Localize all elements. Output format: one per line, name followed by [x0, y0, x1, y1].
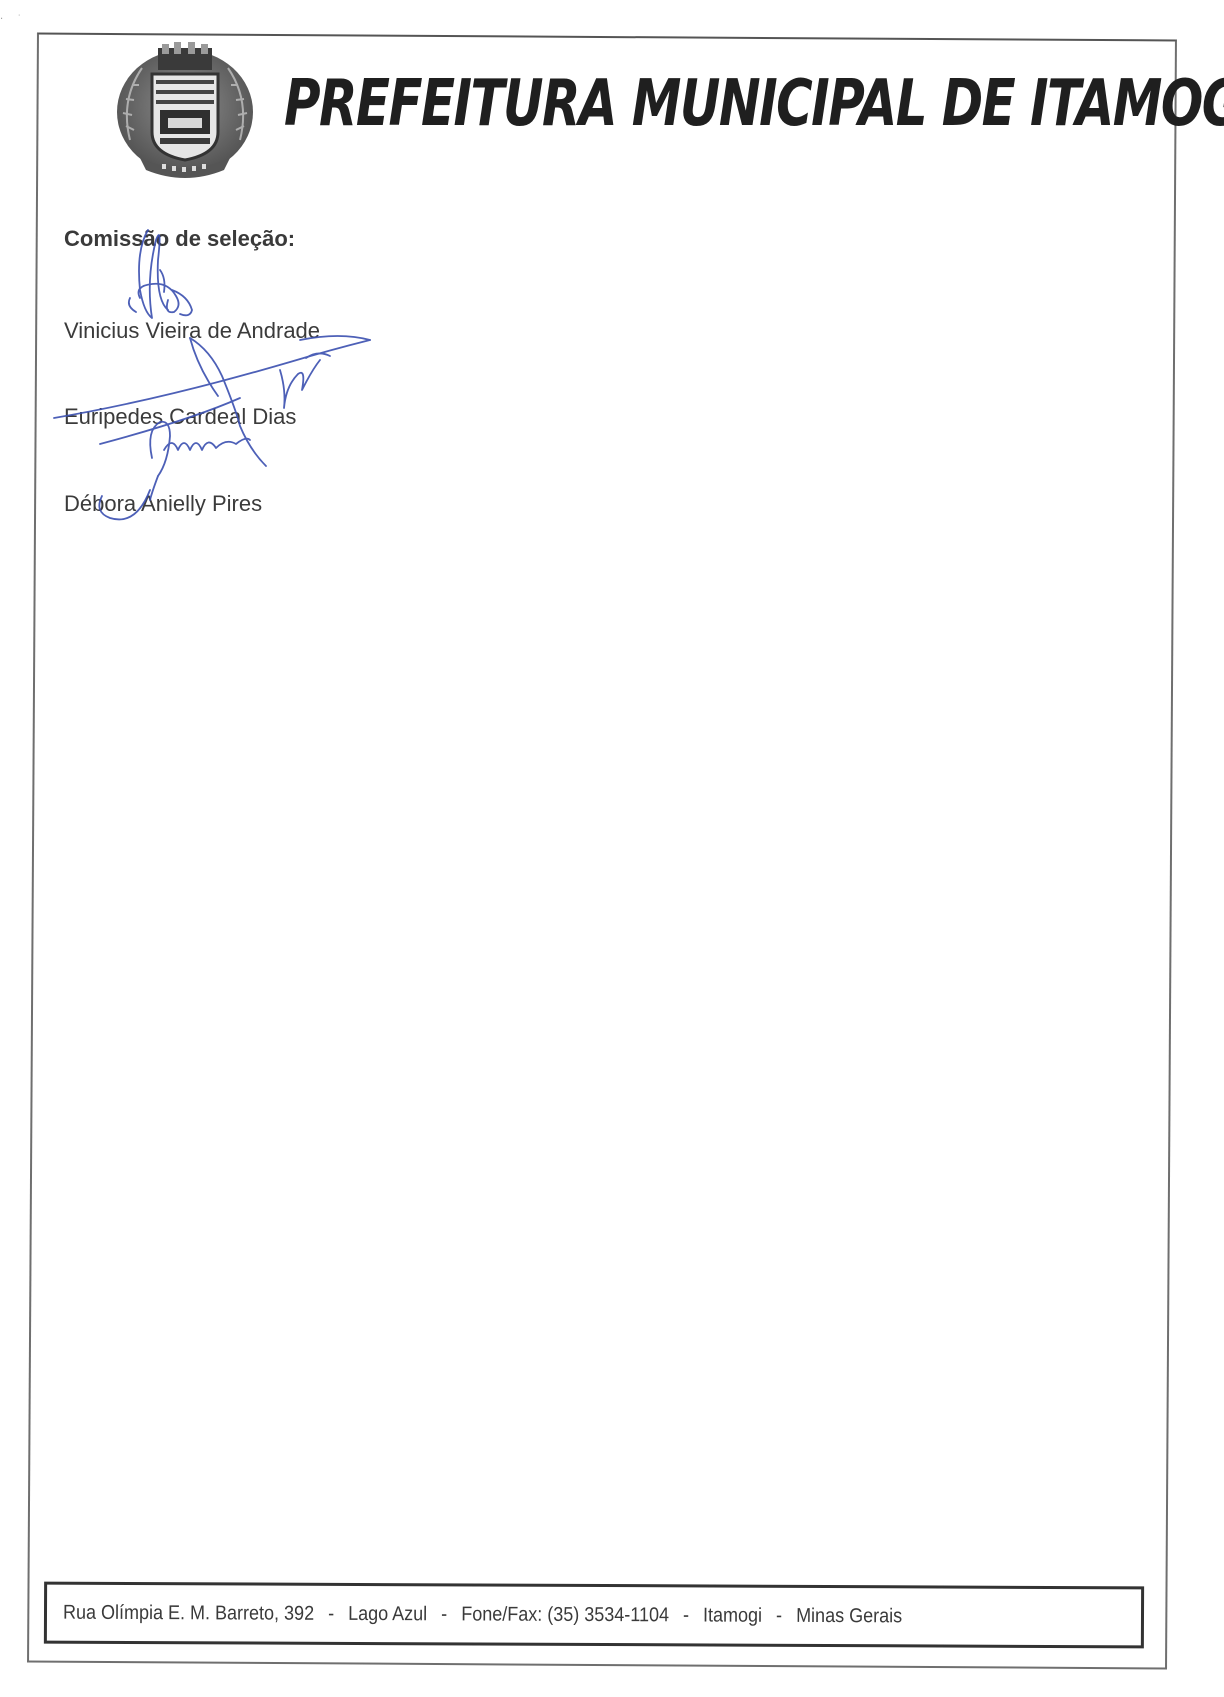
footer-phone: Fone/Fax: (35) 3534-1104: [461, 1603, 669, 1626]
scan-artifact: ‧ ˙: [0, 14, 27, 25]
municipality-title: PREFEITURA MUNICIPAL DE ITAMOGI: [284, 72, 1224, 136]
footer-separator: -: [328, 1602, 334, 1624]
footer-separator: -: [441, 1603, 447, 1625]
footer-neighborhood: Lago Azul: [348, 1602, 427, 1624]
page-border: [27, 33, 1177, 1670]
coat-of-arms-icon: [112, 40, 258, 178]
footer-city: Itamogi: [703, 1604, 762, 1626]
committee-heading: Comissão de seleção:: [64, 228, 464, 250]
selection-committee: Comissão de seleção: Vinicius Vieira de …: [64, 228, 464, 250]
footer-address-box: Rua Olímpia E. M. Barreto, 392 - Lago Az…: [44, 1582, 1144, 1649]
footer-separator: -: [683, 1604, 689, 1626]
letterhead: PREFEITURA MUNICIPAL DE ITAMOGI: [112, 38, 1122, 178]
footer-address: Rua Olímpia E. M. Barreto, 392: [63, 1601, 314, 1624]
footer-contact-line: Rua Olímpia E. M. Barreto, 392 - Lago Az…: [63, 1601, 902, 1628]
committee-member-name: Vinicius Vieira de Andrade: [64, 320, 320, 342]
committee-member-name: Euripedes Cardeal Dias: [64, 406, 296, 428]
footer-state: Minas Gerais: [796, 1604, 902, 1626]
committee-member-name: Débora Anielly Pires: [64, 493, 262, 515]
footer-separator: -: [776, 1604, 782, 1626]
